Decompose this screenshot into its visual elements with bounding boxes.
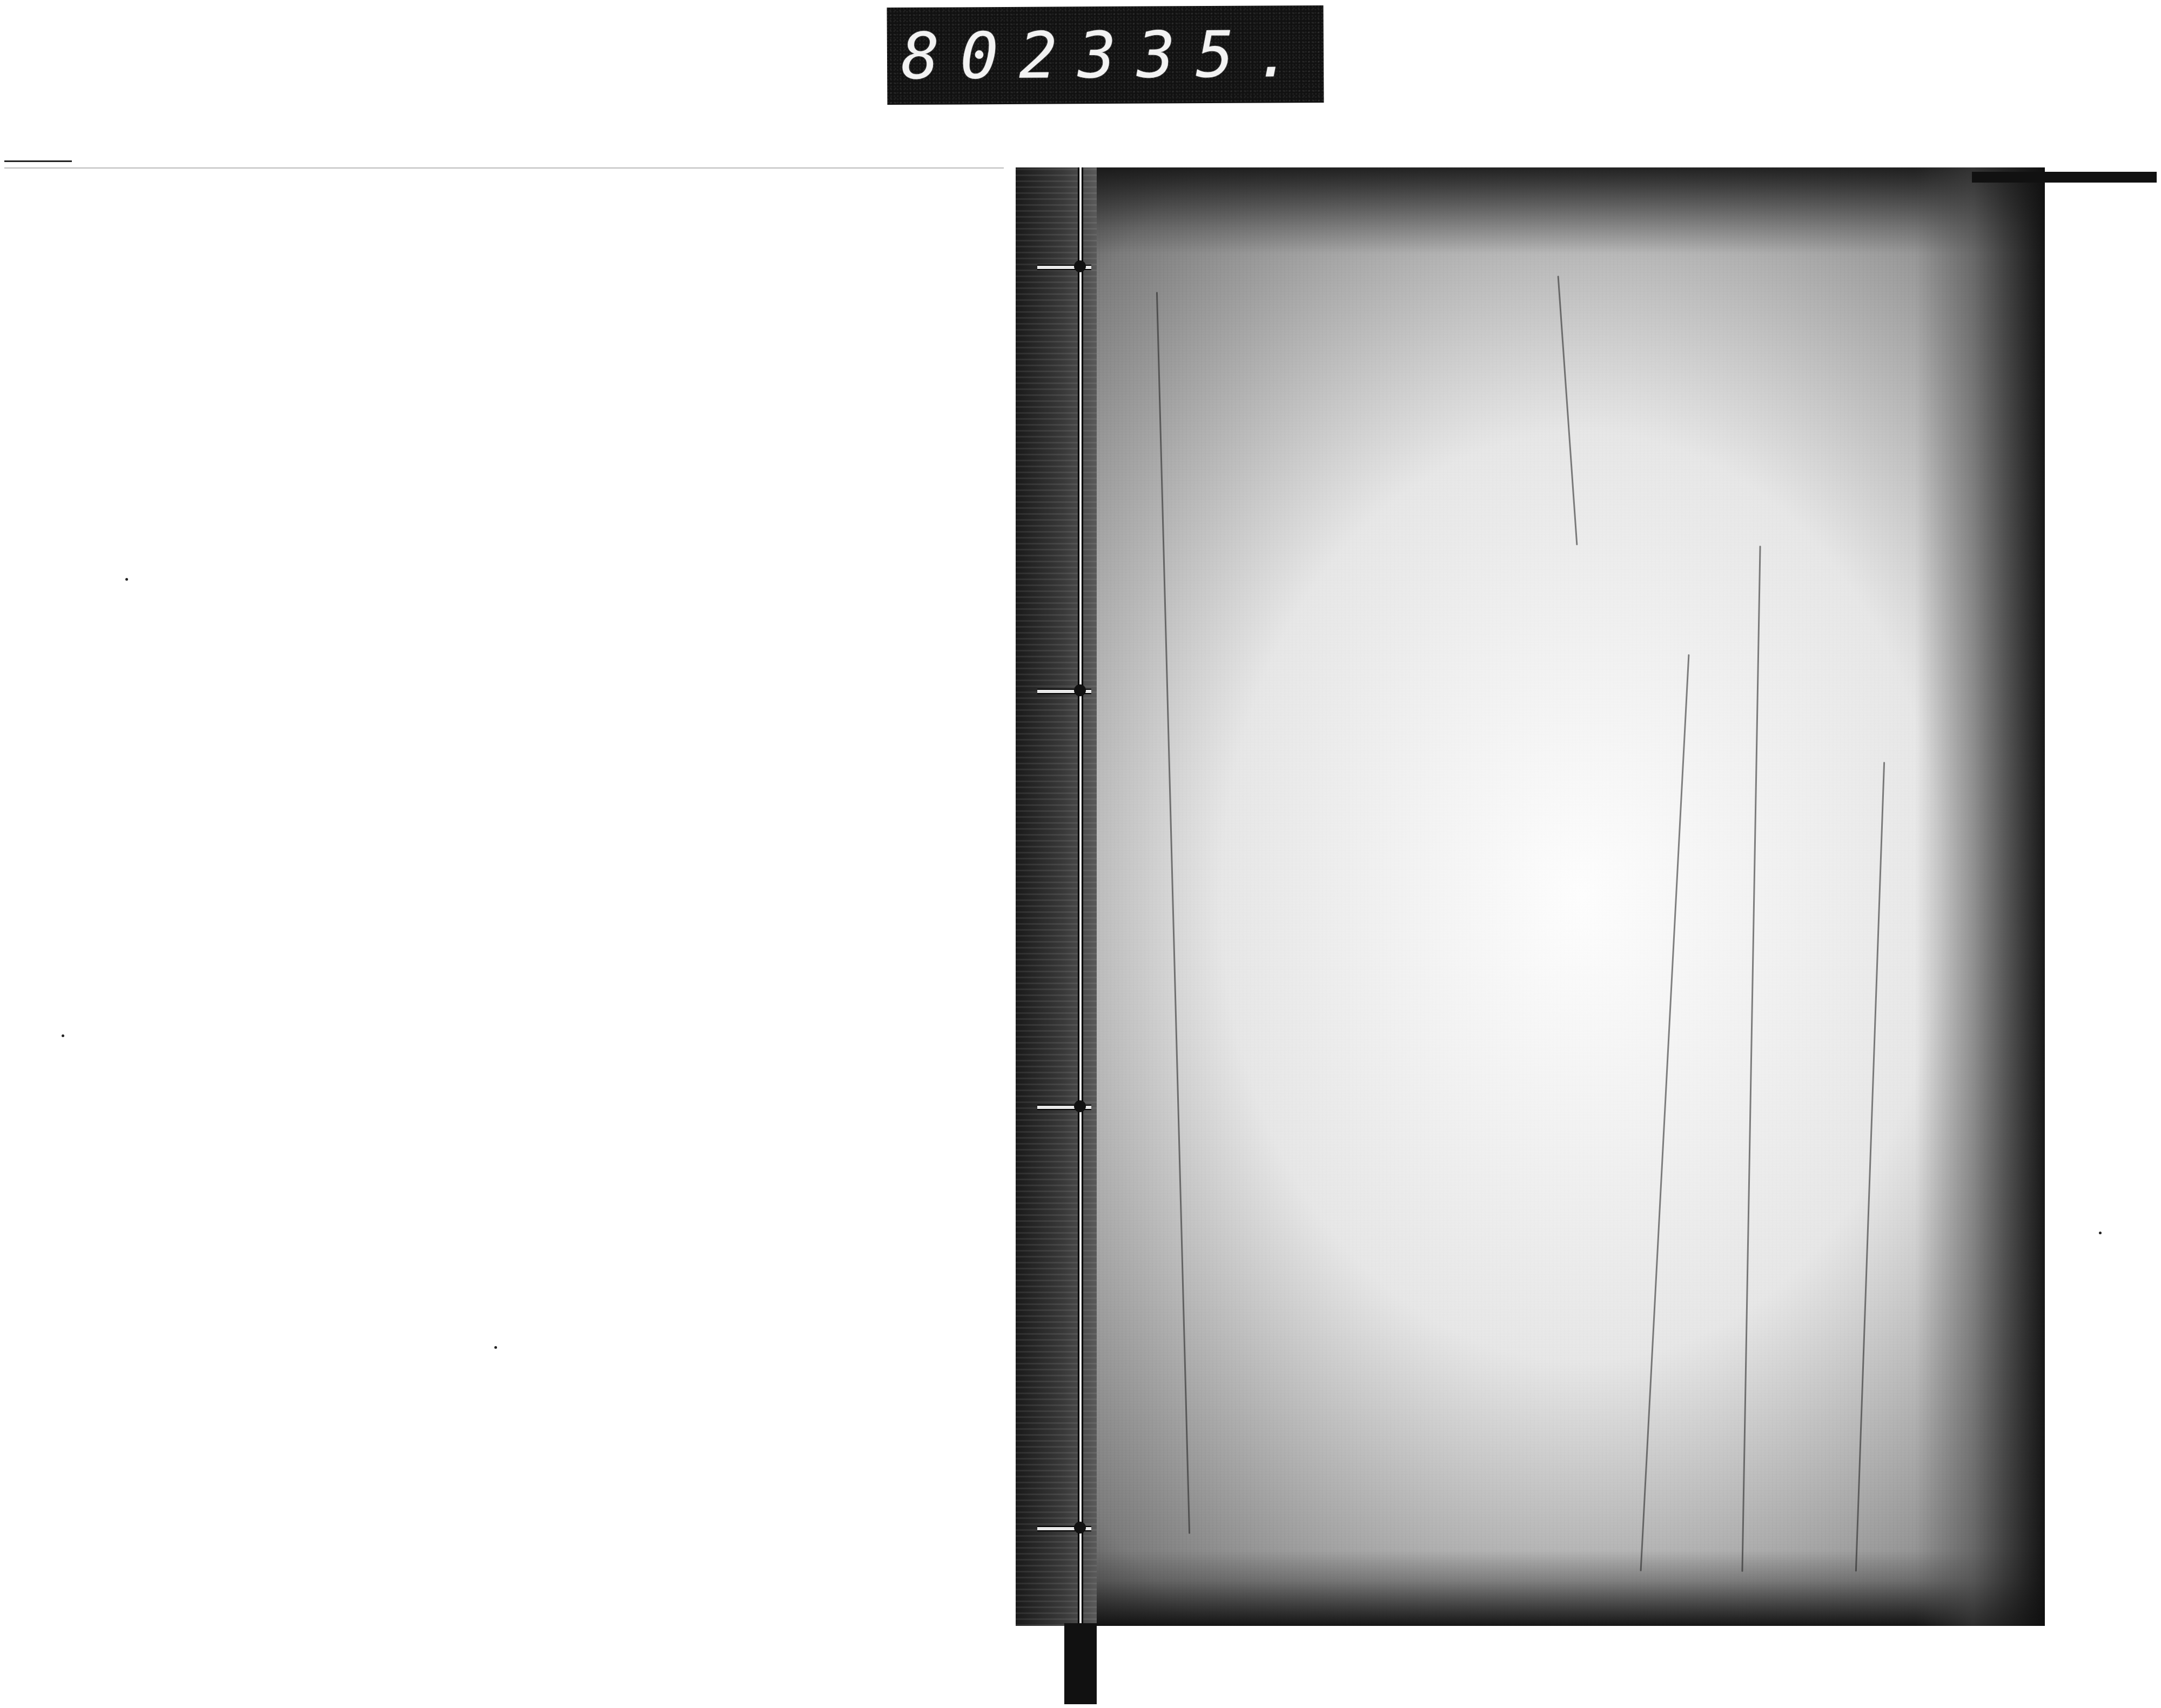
call-number-right: 335. xyxy=(1078,17,1314,92)
scan-speck xyxy=(2099,1232,2102,1234)
call-number-left: 802 xyxy=(901,18,1078,93)
scan-speck xyxy=(125,578,128,581)
binding-knot xyxy=(1074,260,1086,272)
cover-top-shadow xyxy=(1016,167,2045,254)
cover-crack xyxy=(1156,292,1190,1534)
book-cover xyxy=(1016,167,2045,1626)
cover-crack xyxy=(1741,546,1761,1572)
call-number-label: 802 335. xyxy=(887,5,1324,105)
binding-knot xyxy=(1074,1522,1086,1534)
cover-right-shadow xyxy=(1915,167,2045,1626)
cover-crack xyxy=(1855,762,1885,1571)
scan-edge-line-faint xyxy=(4,167,1004,169)
scan-top-right-bar xyxy=(1972,172,2157,183)
cover-crack xyxy=(1558,276,1578,546)
binding-knot xyxy=(1074,684,1086,696)
spine-tail xyxy=(1064,1623,1097,1704)
scan-speck xyxy=(494,1346,497,1349)
scan-edge-line-top-left xyxy=(4,160,72,162)
cover-bottom-shadow xyxy=(1016,1550,2045,1626)
scan-speck xyxy=(62,1034,64,1037)
binding-thread xyxy=(1078,167,1083,1626)
book-spine xyxy=(1016,167,1097,1626)
binding-knot xyxy=(1074,1100,1086,1112)
cover-crack xyxy=(1640,654,1690,1571)
